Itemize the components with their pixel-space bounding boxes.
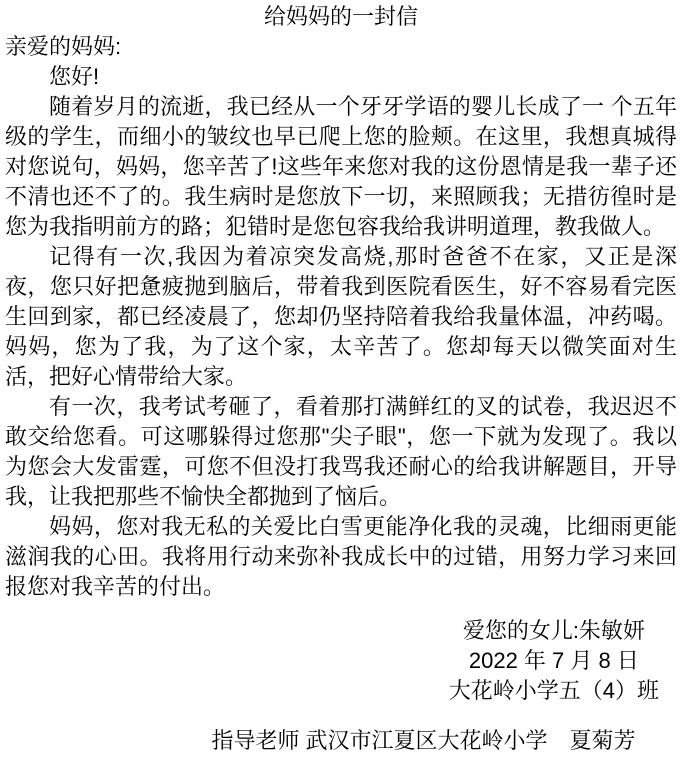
salutation-line: 亲爱的妈妈: [5,32,677,62]
signature-date: 2022 年 7 月 8 日 [449,646,659,676]
signature-signer: 爱您的女儿:朱敏妍 [449,616,659,646]
signature-inner: 爱您的女儿:朱敏妍 2022 年 7 月 8 日 大花岭小学五（4）班 [449,616,659,706]
letter-document: 给妈妈的一封信 亲爱的妈妈: 您好! 随着岁月的流逝，我已经从一个牙牙学语的婴儿… [0,0,682,759]
signature-class: 大花岭小学五（4）班 [449,676,659,706]
paragraph-4: 妈妈，您对我无私的关爱比白雪更能净化我的灵魂，比细雨更能滋润我的心田。我将用行动… [5,512,677,602]
instructor-line: 指导老师 武汉市江夏区大花岭小学 夏菊芳 [5,726,677,756]
letter-title: 给妈妈的一封信 [5,2,677,32]
greeting-line: 您好! [5,62,677,92]
paragraph-1: 随着岁月的流逝，我已经从一个牙牙学语的婴儿长成了一 个五年级的学生，而细小的皱纹… [5,92,677,242]
paragraph-3: 有一次，我考试考砸了，看着那打满鲜红的叉的试卷，我迟迟不敢交给您看。可这哪躲得过… [5,392,677,512]
signature-block: 爱您的女儿:朱敏妍 2022 年 7 月 8 日 大花岭小学五（4）班 [5,616,677,706]
paragraph-2: 记得有一次,我因为着凉突发高烧,那时爸爸不在家，又正是深夜，您只好把惫疲抛到脑后… [5,242,677,392]
